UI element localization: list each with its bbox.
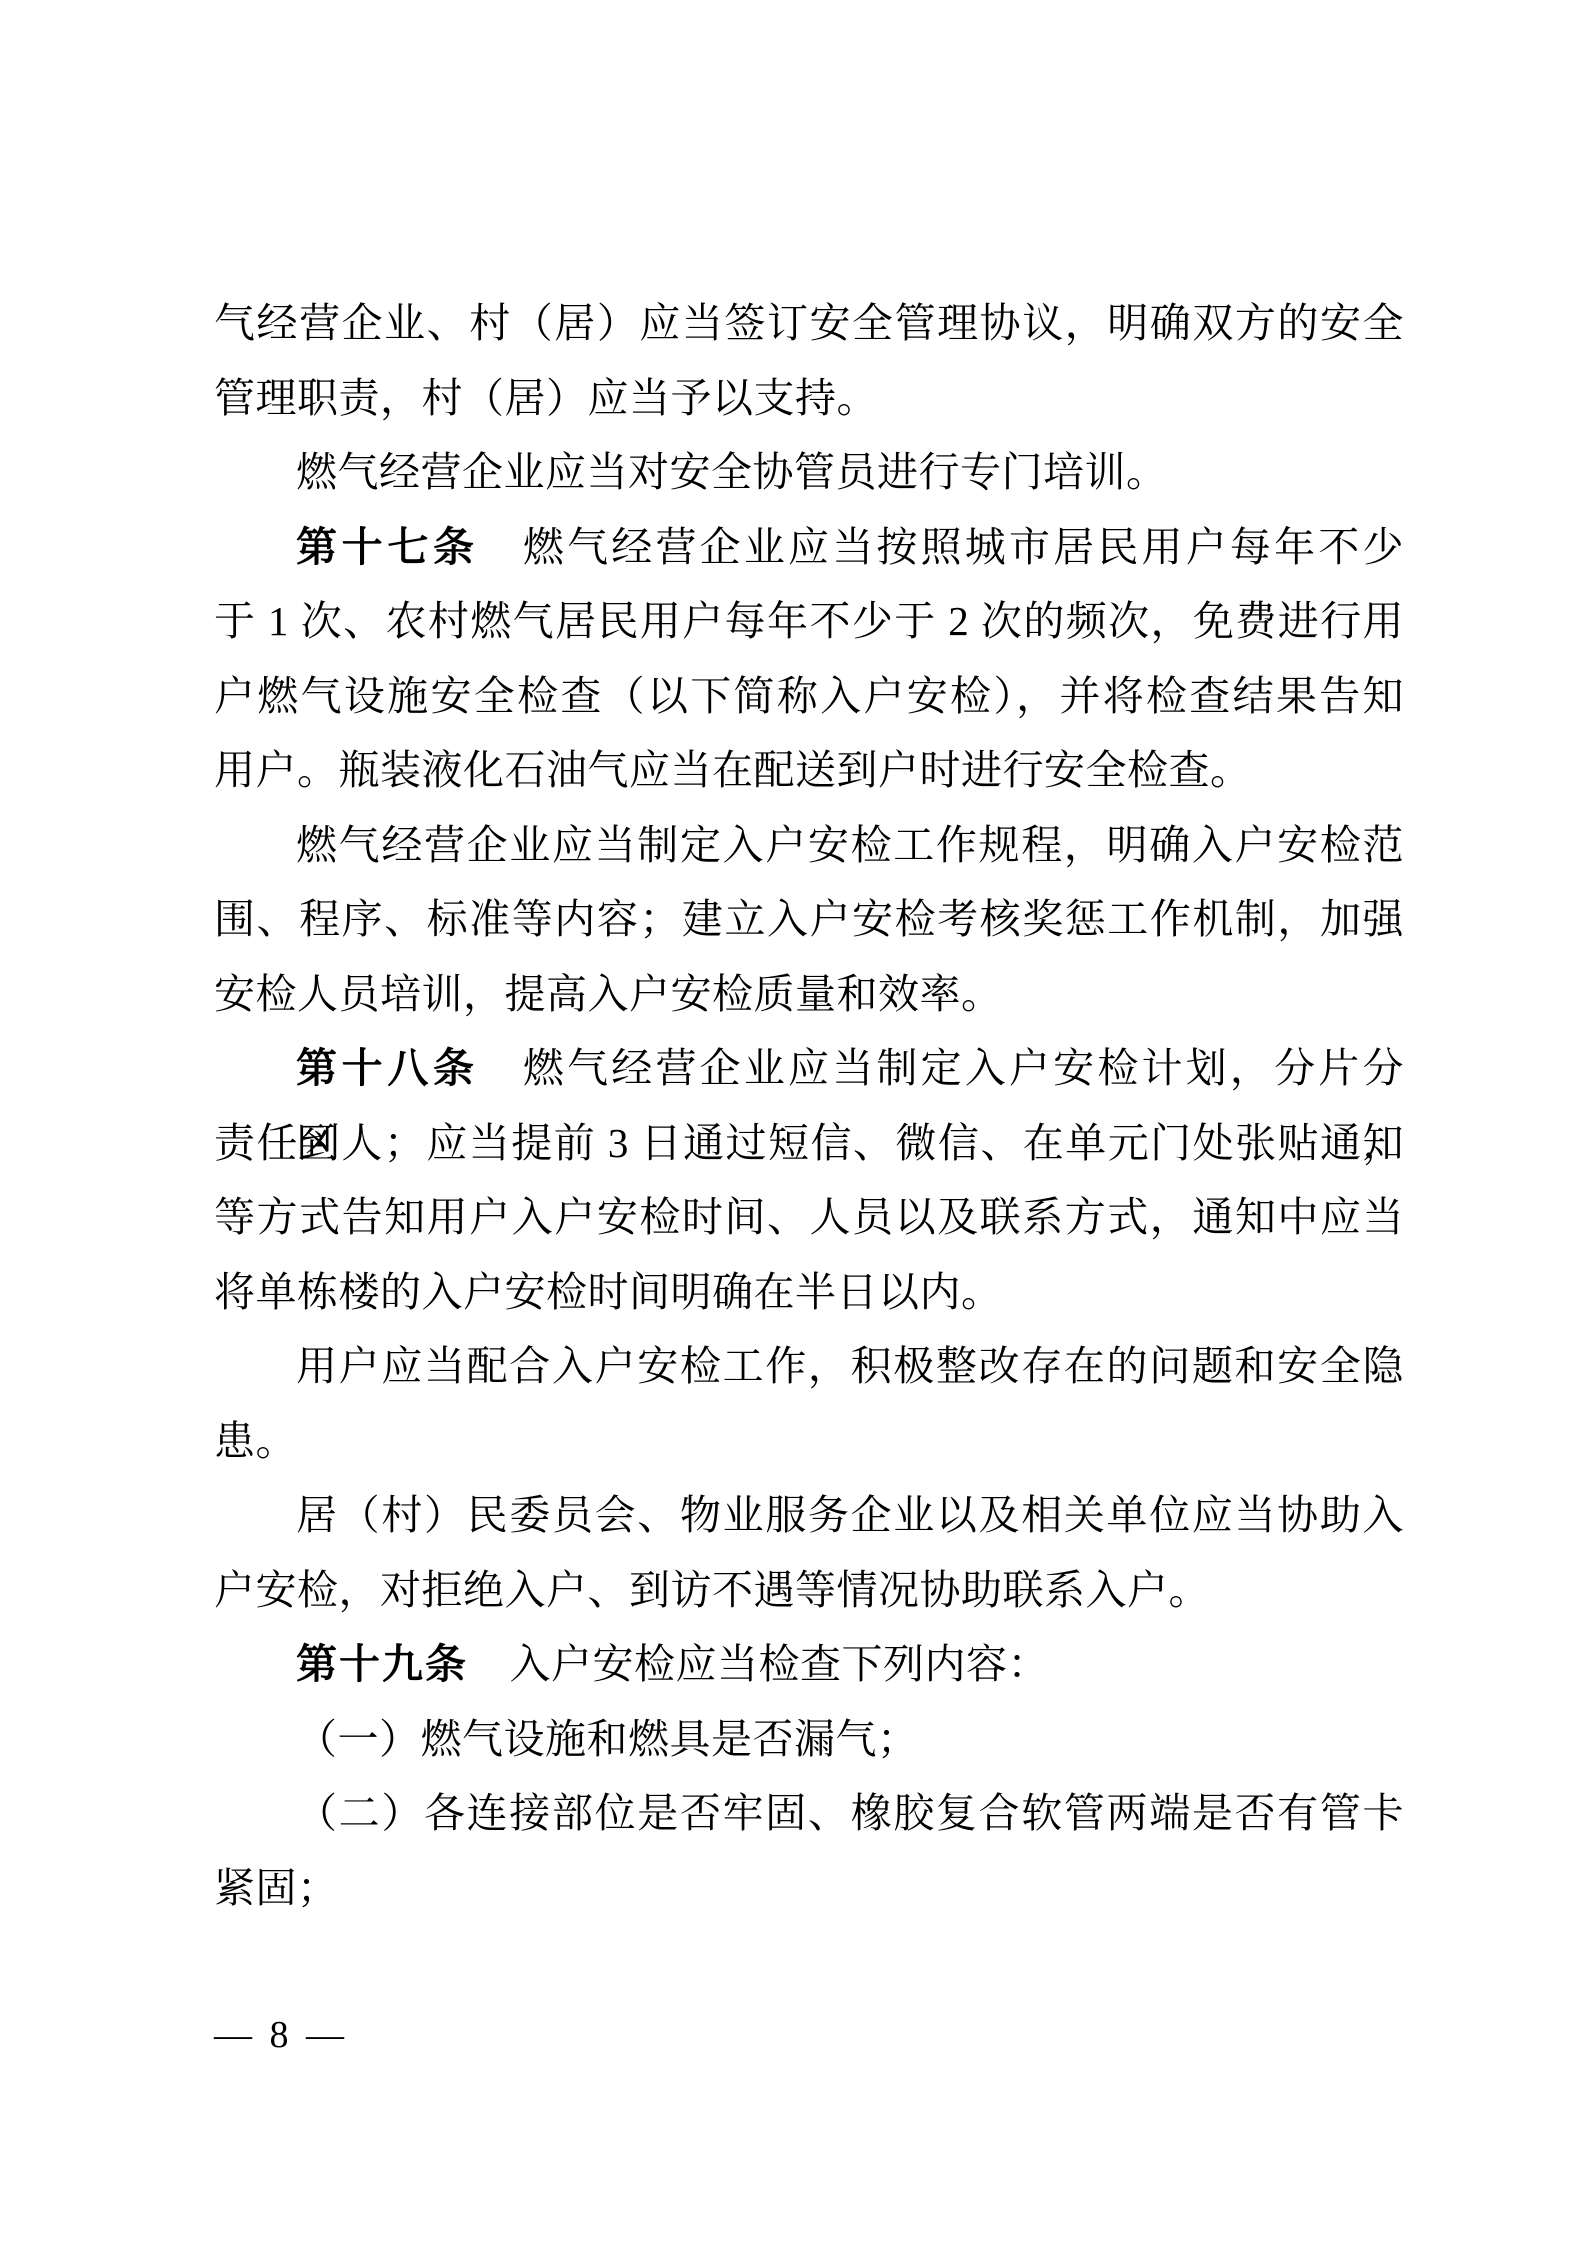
text-line-13: 等方式告知用户入户安检时间、人员以及联系方式，通知中应当 <box>214 1180 1404 1255</box>
line-text: 围、程序、标准等内容；建立入户安检考核奖惩工作机制，加强 <box>214 896 1404 942</box>
text-line-7: 用户。瓶装液化石油气应当在配送到户时进行安全检查。 <box>214 733 1404 808</box>
line-text: 入户安检应当检查下列内容： <box>468 1641 1049 1687</box>
text-line-1: 气经营企业、村（居）应当签订安全管理协议，明确双方的安全 <box>214 286 1404 361</box>
page-number: — 8 — <box>214 2014 348 2056</box>
text-line-2: 管理职责，村（居）应当予以支持。 <box>214 361 1404 436</box>
line-text: 户燃气设施安全检查（以下简称入户安检），并将检查结果告知 <box>214 673 1404 719</box>
line-text: 燃气经营企业应当对安全协管员进行专门培训。 <box>296 449 1168 495</box>
line-text: 患。 <box>214 1418 297 1464</box>
article-heading: 第十九条 <box>296 1641 468 1687</box>
line-text: 用户。瓶装液化石油气应当在配送到户时进行安全检查。 <box>214 747 1252 793</box>
text-line-19: 第十九条 入户安检应当检查下列内容： <box>214 1627 1404 1702</box>
text-line-21: （二）各连接部位是否牢固、橡胶复合软管两端是否有管卡 <box>214 1776 1404 1851</box>
text-line-18: 户安检，对拒绝入户、到访不遇等情况协助联系入户。 <box>214 1553 1404 1628</box>
text-line-3: 燃气经营企业应当对安全协管员进行专门培训。 <box>214 435 1404 510</box>
text-line-11: 第十八条 燃气经营企业应当制定入户安检计划，分片分区， <box>214 1031 1404 1106</box>
text-line-9: 围、程序、标准等内容；建立入户安检考核奖惩工作机制，加强 <box>214 882 1404 957</box>
text-line-5: 于 1 次、农村燃气居民用户每年不少于 2 次的频次，免费进行用 <box>214 584 1404 659</box>
text-line-4: 第十七条 燃气经营企业应当按照城市居民用户每年不少 <box>214 510 1404 585</box>
document-page: 气经营企业、村（居）应当签订安全管理协议，明确双方的安全管理职责，村（居）应当予… <box>0 0 1587 2245</box>
text-line-17: 居（村）民委员会、物业服务企业以及相关单位应当协助入 <box>214 1478 1404 1553</box>
line-text: 将单栋楼的入户安检时间明确在半日以内。 <box>214 1269 1003 1315</box>
line-text: 燃气经营企业应当按照城市居民用户每年不少 <box>479 524 1404 570</box>
text-line-14: 将单栋楼的入户安检时间明确在半日以内。 <box>214 1255 1404 1330</box>
line-text: （一）燃气设施和燃具是否漏气； <box>296 1716 919 1762</box>
text-line-8: 燃气经营企业应当制定入户安检工作规程，明确入户安检范 <box>214 808 1404 883</box>
text-line-12: 责任到人；应当提前 3 日通过短信、微信、在单元门处张贴通知 <box>214 1106 1404 1181</box>
line-text: 责任到人；应当提前 3 日通过短信、微信、在单元门处张贴通知 <box>214 1120 1404 1166</box>
line-text: 气经营企业、村（居）应当签订安全管理协议，明确双方的安全 <box>214 300 1404 346</box>
text-line-6: 户燃气设施安全检查（以下简称入户安检），并将检查结果告知 <box>214 659 1404 734</box>
line-text: 于 1 次、农村燃气居民用户每年不少于 2 次的频次，免费进行用 <box>214 598 1404 644</box>
line-text: 紧固； <box>214 1865 339 1911</box>
article-heading: 第十八条 <box>296 1045 479 1091</box>
line-text: 燃气经营企业应当制定入户安检工作规程，明确入户安检范 <box>296 822 1404 868</box>
line-text: （二）各连接部位是否牢固、橡胶复合软管两端是否有管卡 <box>296 1790 1404 1836</box>
line-text: 居（村）民委员会、物业服务企业以及相关单位应当协助入 <box>296 1492 1404 1538</box>
text-line-22: 紧固； <box>214 1851 1404 1926</box>
line-text: 等方式告知用户入户安检时间、人员以及联系方式，通知中应当 <box>214 1194 1404 1240</box>
line-text: 户安检，对拒绝入户、到访不遇等情况协助联系入户。 <box>214 1567 1210 1613</box>
document-body: 气经营企业、村（居）应当签订安全管理协议，明确双方的安全管理职责，村（居）应当予… <box>214 286 1404 1925</box>
text-line-16: 患。 <box>214 1404 1404 1479</box>
text-line-20: （一）燃气设施和燃具是否漏气； <box>214 1702 1404 1777</box>
page-footer: — 8 — <box>214 2012 348 2058</box>
line-text: 安检人员培训，提高入户安检质量和效率。 <box>214 971 1003 1017</box>
line-text: 管理职责，村（居）应当予以支持。 <box>214 375 878 421</box>
text-line-10: 安检人员培训，提高入户安检质量和效率。 <box>214 957 1404 1032</box>
text-line-15: 用户应当配合入户安检工作，积极整改存在的问题和安全隐 <box>214 1329 1404 1404</box>
article-heading: 第十七条 <box>296 524 479 570</box>
line-text: 用户应当配合入户安检工作，积极整改存在的问题和安全隐 <box>296 1343 1404 1389</box>
